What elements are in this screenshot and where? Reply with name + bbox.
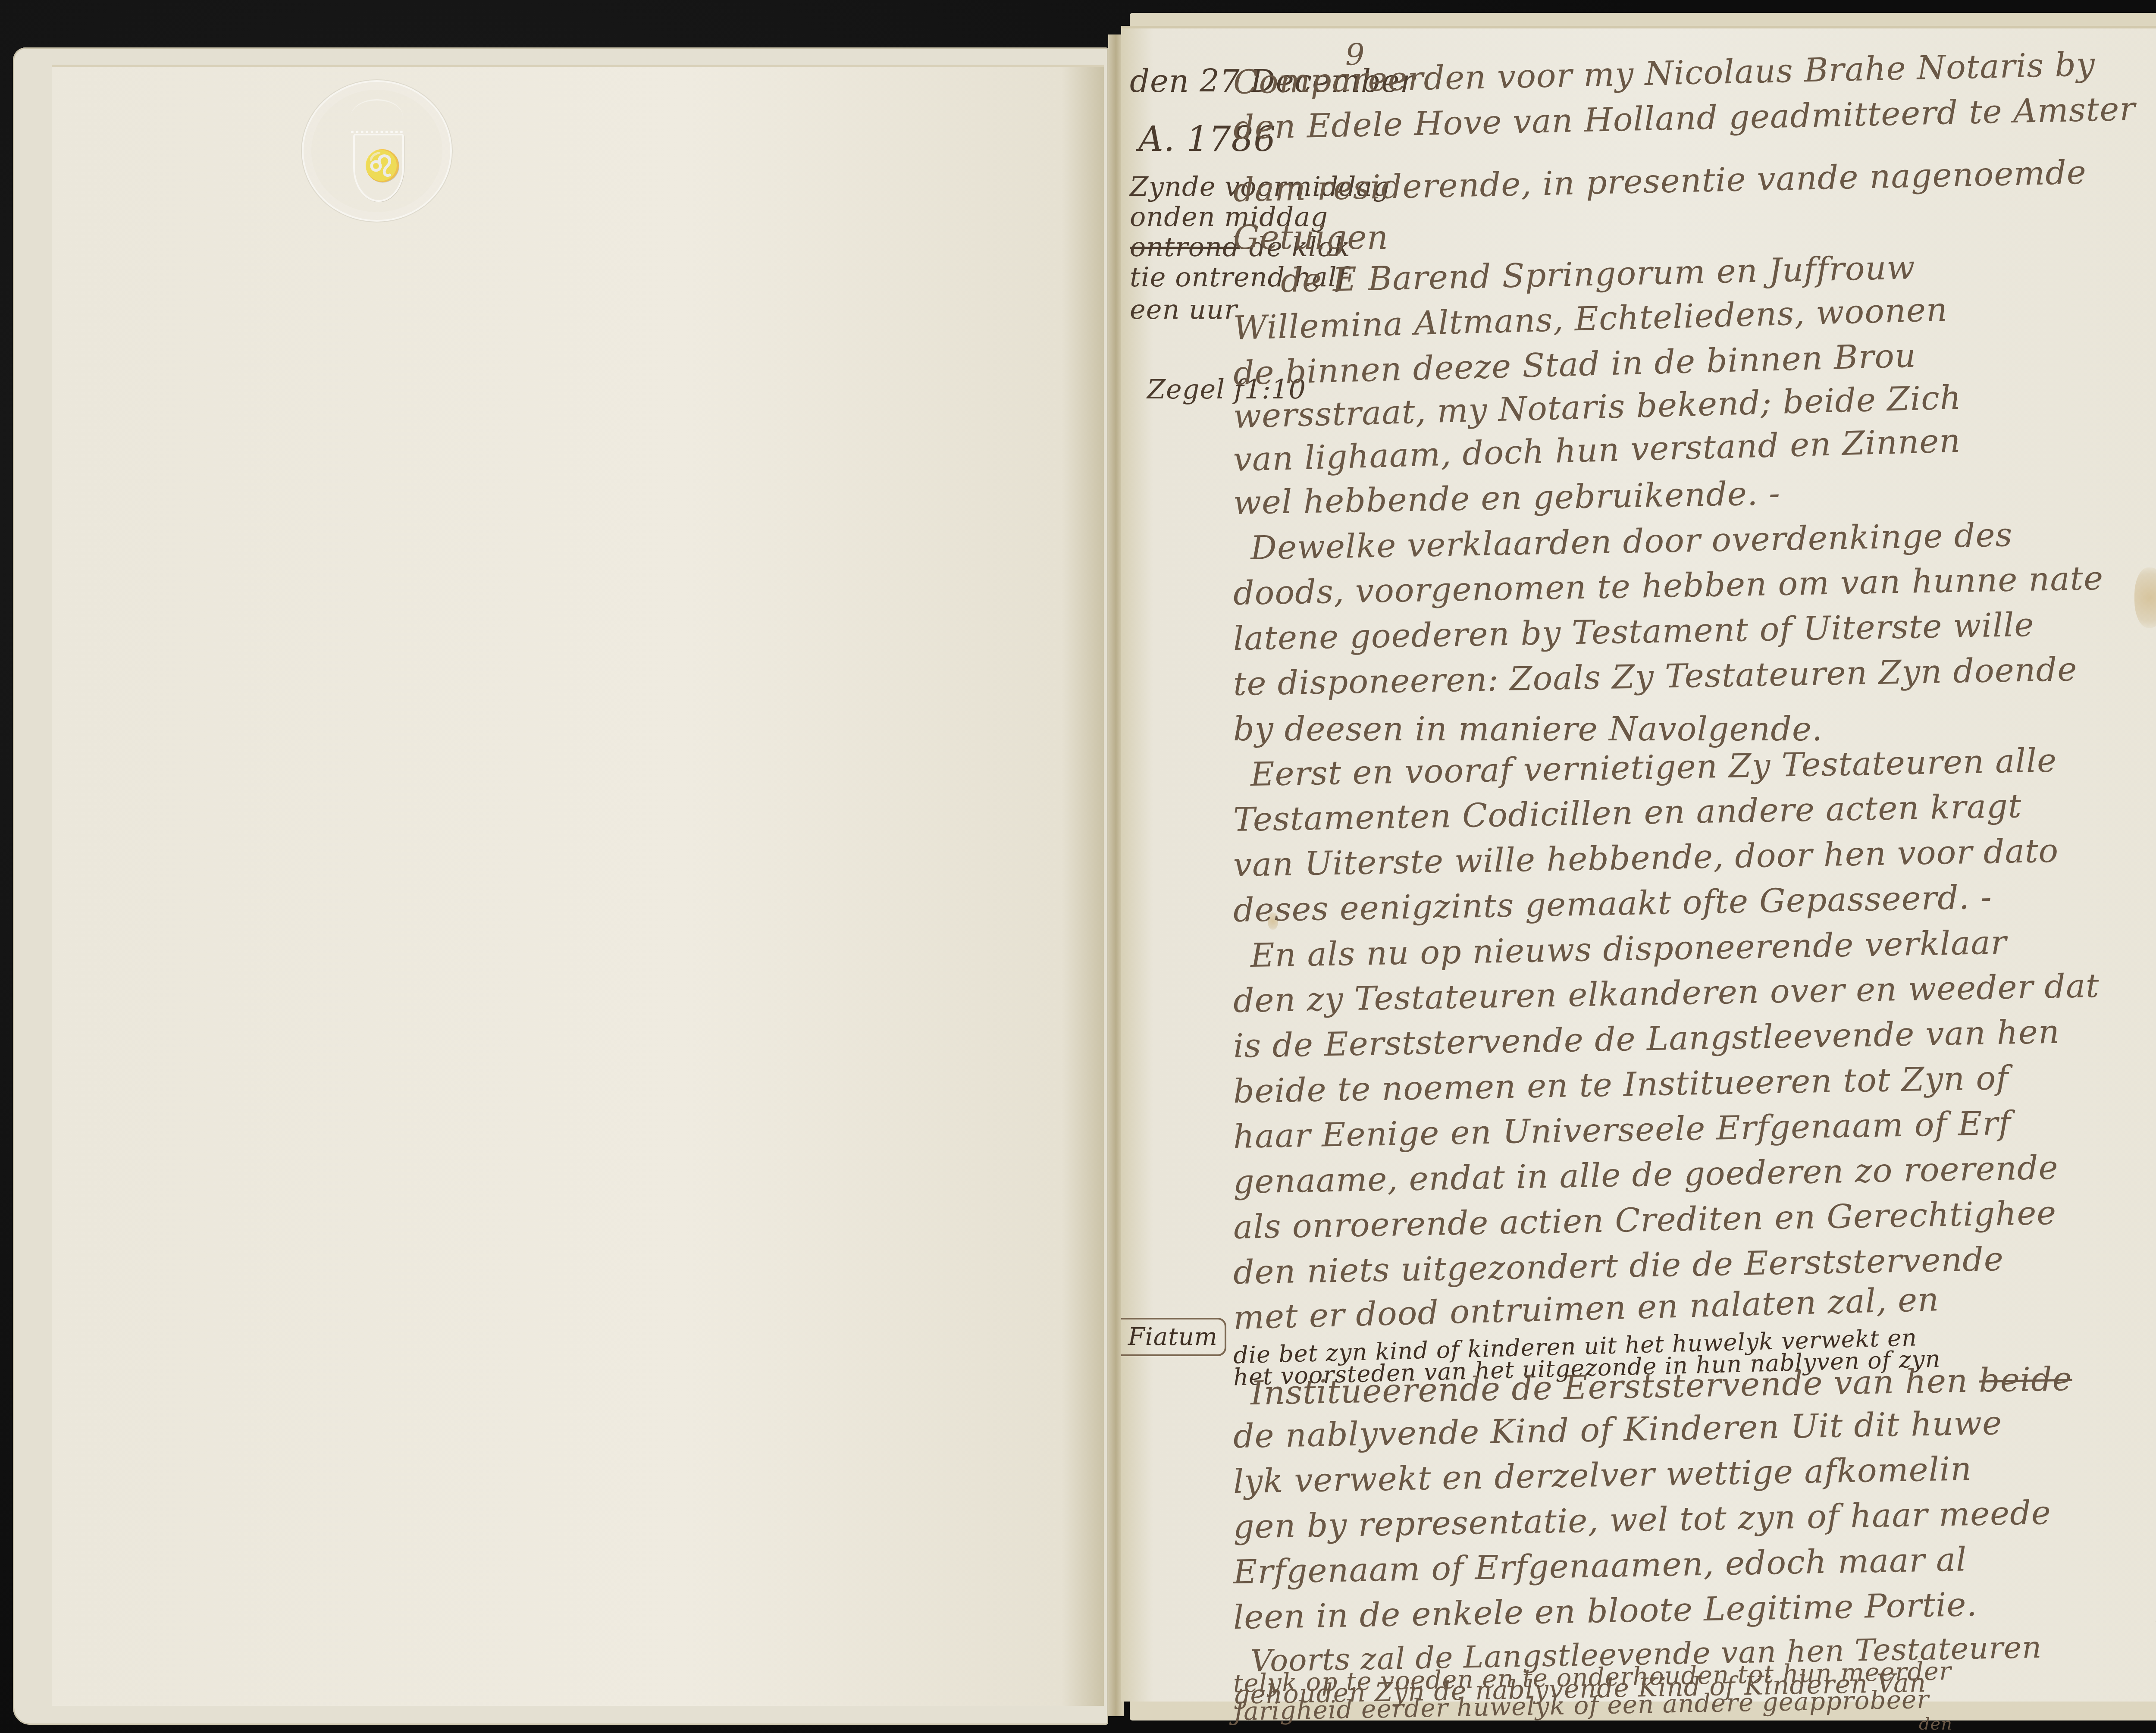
- deed-line: dam residerende, in presentie vande nage…: [1233, 153, 2087, 209]
- deed-line: haar Eenige en Universeele Erfgenaam of …: [1233, 1104, 2011, 1156]
- deed-line: doods, voorgenomen te hebben om van hunn…: [1233, 559, 2104, 612]
- embossed-seal-stamp: ♌: [302, 80, 452, 222]
- deed-line: deses eenigzints gemaakt ofte Gepasseerd…: [1233, 877, 1992, 929]
- margin-time-note-5: een uur: [1130, 294, 1238, 325]
- deed-line: de nablyvende Kind of Kinderen Uit dit h…: [1233, 1404, 2002, 1455]
- deed-line: En als nu op nieuws disponeerende verkla…: [1250, 923, 2007, 975]
- right-page-deed: 9 den 27 December A. 1786 Zynde voormidd…: [1121, 26, 2156, 1702]
- deed-line: te disponeeren: Zoals Zy Testateuren Zyn…: [1233, 650, 2078, 703]
- deed-line: is de Eerststervende de Langstleevende v…: [1233, 1012, 2060, 1065]
- deed-line: Testamenten Codicillen en andere acten k…: [1233, 787, 2022, 839]
- water-stain: [2134, 567, 2156, 628]
- margin-boxed-note: Fiatum: [1121, 1318, 1226, 1356]
- deed-line: by deesen in maniere Navolgende.: [1233, 710, 1823, 748]
- deed-line: beide te noemen en te Institueeren tot Z…: [1233, 1059, 2009, 1110]
- deed-line: als onroerende actien Crediten en Gerech…: [1233, 1194, 2057, 1246]
- left-page-blank: ♌: [52, 65, 1104, 1706]
- shield-icon: ♌: [353, 134, 404, 202]
- deed-line: Getuigen: [1233, 218, 1388, 257]
- deed-line: gen by representatie, wel tot zyn of haa…: [1233, 1493, 2051, 1546]
- deed-line: wel hebbende en gebruikende. -: [1233, 474, 1780, 522]
- deed-line: den: [1919, 1714, 1952, 1733]
- lion-icon: ♌: [364, 148, 401, 184]
- crown-icon: [351, 99, 403, 133]
- struck-word: ontrond: [1130, 231, 1240, 263]
- deed-line: lyk verwekt en derzelver wettige afkomel…: [1233, 1449, 1972, 1501]
- deed-line: latene goederen by Testament of Uiterste…: [1233, 605, 2034, 658]
- deed-line: Dewelke verklaarden door overdenkinge de…: [1250, 515, 2013, 567]
- struck-word: beide: [1978, 1360, 2072, 1400]
- scan-canvas: ♌ 9 den 27 December A. 1786 Zynde voormi…: [0, 0, 2156, 1733]
- deed-line: Erfgenaam of Erfgenaamen, edoch maar al: [1233, 1540, 1967, 1591]
- deed-line: den zy Testateuren elkanderen over en we…: [1233, 966, 2100, 1020]
- deed-line: van Uiterste wille hebbende, door hen vo…: [1233, 831, 2059, 884]
- deed-line: leen in de enkele en bloote Legitime Por…: [1233, 1585, 1977, 1636]
- deed-line: Eerst en vooraf vernietigen Zy Testateur…: [1250, 741, 2057, 793]
- deed-line: genaame, endat in alle de goederen zo ro…: [1233, 1148, 2059, 1201]
